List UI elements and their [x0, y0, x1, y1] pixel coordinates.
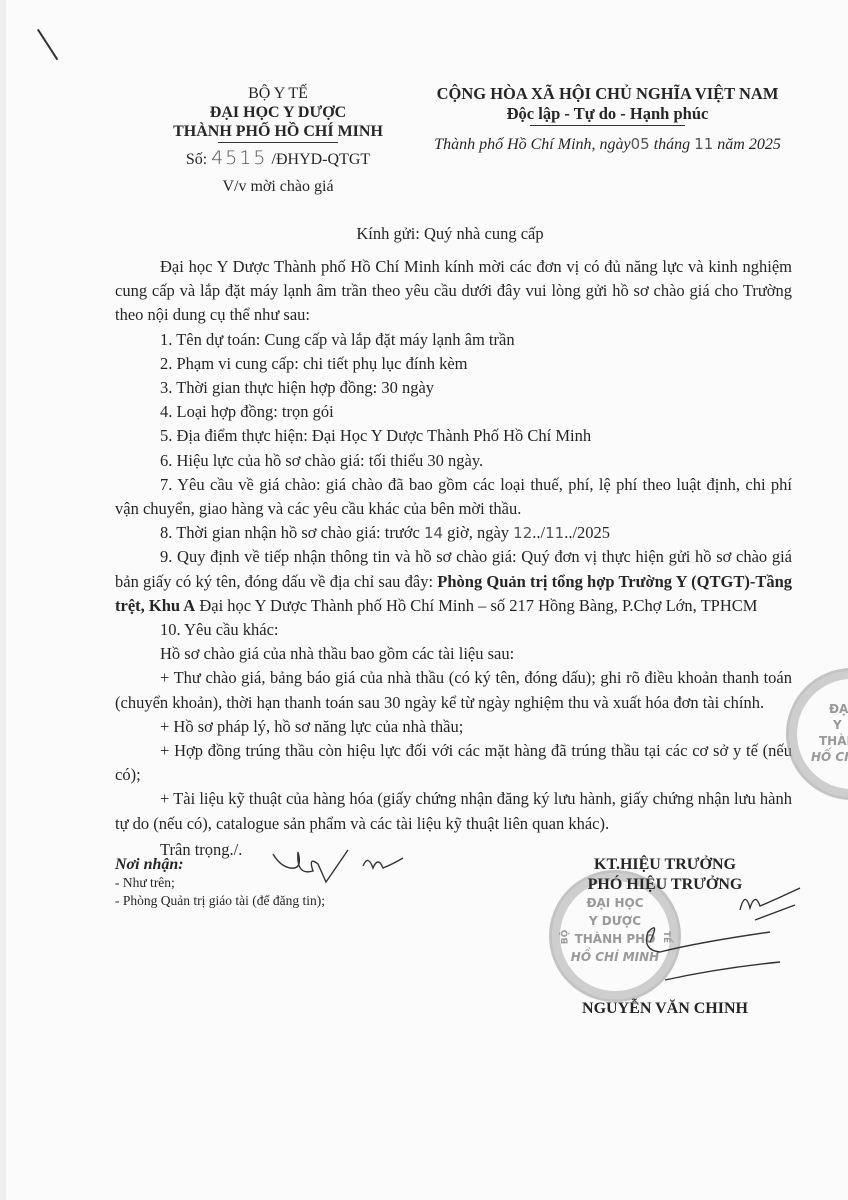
recipients-title: Nơi nhận:	[115, 856, 325, 874]
required-doc-2: + Hồ sơ pháp lý, hồ sơ năng lực của nhà …	[115, 715, 792, 739]
item-8-hour-suffix: giờ, ngày	[447, 523, 509, 542]
edge-stamp-line-1: ĐẠ	[829, 701, 848, 717]
item-10-lead: Hồ sơ chào giá của nhà thầu bao gồm các …	[115, 642, 792, 666]
required-doc-4: + Tài liệu kỹ thuật của hàng hóa (giấy c…	[115, 787, 792, 835]
recipient-2: - Phòng Quản trị giáo tài (để đăng tin);	[115, 892, 325, 910]
item-3: 3. Thời gian thực hiện hợp đồng: 30 ngày	[115, 376, 792, 400]
university-name-line2: THÀNH PHỐ HỒ CHÍ MINH	[128, 122, 428, 141]
required-doc-3: + Hợp đồng trúng thầu còn hiệu lực đối v…	[115, 739, 792, 787]
document-subject: V/v mời chào giá	[128, 177, 428, 196]
item-2: 2. Phạm vi cung cấp: chi tiết phụ lục đí…	[115, 352, 792, 376]
deadline-day: 12	[513, 524, 532, 542]
doc-number-suffix: /ĐHYD-QTGT	[272, 151, 371, 168]
salutation: Kính gửi: Quý nhà cung cấp	[100, 224, 800, 244]
issuer-header: BỘ Y TẾ ĐẠI HỌC Y DƯỢC THÀNH PHỐ HỒ CHÍ …	[128, 84, 428, 196]
principal-signature	[600, 880, 820, 990]
recipient-1: - Như trên;	[115, 874, 325, 892]
letter-body: Đại học Y Dược Thành phố Hồ Chí Minh kín…	[115, 255, 792, 836]
required-doc-1: + Thư chào giá, bảng báo giá của nhà thầ…	[115, 666, 792, 714]
date-month: 11	[694, 135, 713, 153]
item-9-address: Đại học Y Dược Thành phố Hồ Chí Minh – s…	[199, 596, 757, 615]
scan-edge	[0, 0, 6, 1200]
item-4: 4. Loại hợp đồng: trọn gói	[115, 400, 792, 424]
doc-number-handwritten: 4515	[211, 147, 267, 169]
item-6: 6. Hiệu lực của hồ sơ chào giá: tối thiể…	[115, 449, 792, 473]
date-year: năm 2025	[717, 136, 781, 153]
national-motto: Độc lập - Tự do - Hạnh phúc	[425, 104, 790, 124]
intro-paragraph: Đại học Y Dược Thành phố Hồ Chí Minh kín…	[115, 255, 792, 328]
motto-underline	[530, 125, 685, 126]
edge-stamp-line-3: THÀN	[819, 733, 848, 749]
date-month-label: tháng	[654, 136, 690, 153]
deadline-hour: 14	[424, 524, 443, 542]
date-prefix: Thành phố Hồ Chí Minh, ngày	[434, 136, 630, 153]
national-header: CỘNG HÒA XÃ HỘI CHỦ NGHĨA VIỆT NAM Độc l…	[425, 84, 790, 155]
item-10-title: 10. Yêu cầu khác:	[115, 618, 792, 642]
item-7: 7. Yêu cầu về giá chào: giá chào đã bao …	[115, 473, 792, 521]
edge-stamp-line-4: HỐ CI	[811, 749, 848, 765]
document-number: Số: 4515 /ĐHYD-QTGT	[128, 149, 428, 169]
item-8: 8. Thời gian nhận hồ sơ chào giá: trước …	[115, 521, 792, 545]
scan-mark	[37, 29, 58, 60]
signer-name: NGUYỄN VĂN CHINH	[530, 999, 800, 1019]
document-page: BỘ Y TẾ ĐẠI HỌC Y DƯỢC THÀNH PHỐ HỒ CHÍ …	[0, 0, 848, 1200]
header-underline	[218, 142, 338, 143]
university-name-line1: ĐẠI HỌC Y DƯỢC	[128, 103, 428, 122]
national-title: CỘNG HÒA XÃ HỘI CHỦ NGHĨA VIỆT NAM	[425, 84, 790, 104]
doc-number-label: Số:	[186, 151, 207, 168]
deadline-month: 11	[545, 524, 564, 542]
recipients-block: Nơi nhận: - Như trên; - Phòng Quản trị g…	[115, 856, 325, 910]
edge-stamp-line-2: Y	[833, 717, 848, 733]
date-day: 05	[631, 135, 650, 153]
edge-stamp-partial: ĐẠ Y THÀN HỐ CI	[786, 668, 848, 800]
ministry-name: BỘ Y TẾ	[128, 84, 428, 103]
document-date: Thành phố Hồ Chí Minh, ngày05 tháng 11 n…	[425, 134, 790, 155]
item-1: 1. Tên dự toán: Cung cấp và lắp đặt máy …	[115, 328, 792, 352]
item-9: 9. Quy định về tiếp nhận thông tin và hồ…	[115, 545, 792, 618]
deadline-year: /2025	[572, 523, 610, 542]
signer-title-1: KT.HIỆU TRƯỞNG	[530, 855, 800, 875]
item-8-prefix: 8. Thời gian nhận hồ sơ chào giá: trước	[160, 523, 420, 542]
item-5: 5. Địa điểm thực hiện: Đại Học Y Dược Th…	[115, 424, 792, 448]
